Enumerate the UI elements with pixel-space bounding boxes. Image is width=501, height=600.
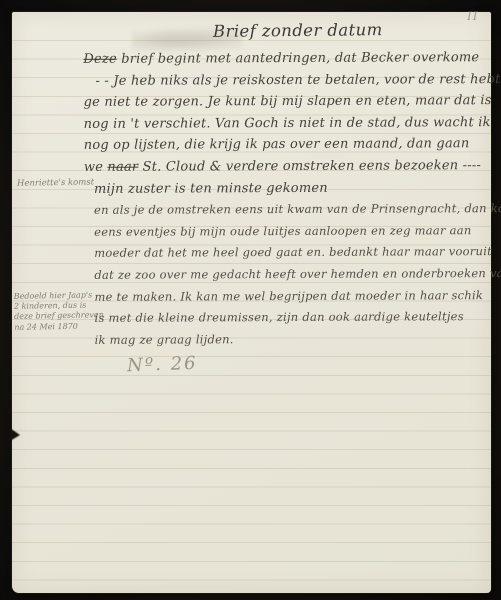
line-text: we [84, 160, 108, 175]
letter-line-8: en als je de omstreken eens uit kwam van… [84, 198, 492, 221]
struck-word: naar [107, 160, 138, 175]
page-corner-mark: II [467, 9, 478, 23]
letter-line-3: ge niet te zorgen. Je kunt bij mij slape… [84, 90, 492, 113]
letter-line-4: nog in 't verschiet. Van Goch is niet in… [84, 112, 492, 135]
margin-note-line: deze brief geschreven [14, 311, 110, 323]
letter-line-12: me te maken. Ik kan me wel begrijpen dat… [84, 285, 492, 308]
letter-line-9: eens eventjes bij mijn oude luitjes aanl… [84, 220, 492, 243]
letter-body: Deze brief begint met aantedringen, dat … [83, 47, 492, 351]
paper-edge-notch [10, 428, 20, 441]
letter-line-11: dat ze zoo over me gedacht heeft over he… [84, 263, 492, 286]
letter-title: Brief zonder datum [213, 20, 383, 41]
margin-note-line: na 24 Mei 1870 [14, 321, 110, 333]
letter-line-6: we naar St. Cloud & verdere omstreken ee… [84, 155, 492, 178]
letter-line-14: ik mag ze graag lijden. [85, 328, 493, 351]
letter-line-5: nog op lijsten, die krijg ik pas over ee… [84, 133, 492, 156]
pencil-number-mark: Nº. 26 [127, 353, 198, 376]
struck-word: Deze [83, 52, 117, 67]
margin-note-henriettes-komst: Henriette's komst [17, 177, 107, 189]
letter-line-7: mijn zuster is ten minste gekomen [84, 177, 492, 200]
line-text: brief begint met aantedringen, dat Becke… [117, 50, 480, 67]
letter-line-1: Deze brief begint met aantedringen, dat … [83, 47, 491, 70]
letter-line-10: moeder dat het me heel goed gaat en. bed… [84, 241, 492, 264]
margin-note-dating: Bedoeld hier Jaap's 2 kinderen, dus is d… [14, 290, 111, 332]
letter-line-2: - - Je heb niks als je reiskosten te bet… [83, 69, 491, 92]
letter-line-13: is met die kleine dreumissen, zijn dan o… [84, 306, 492, 329]
line-text: St. Cloud & verdere omstreken eens bezoe… [138, 158, 481, 174]
